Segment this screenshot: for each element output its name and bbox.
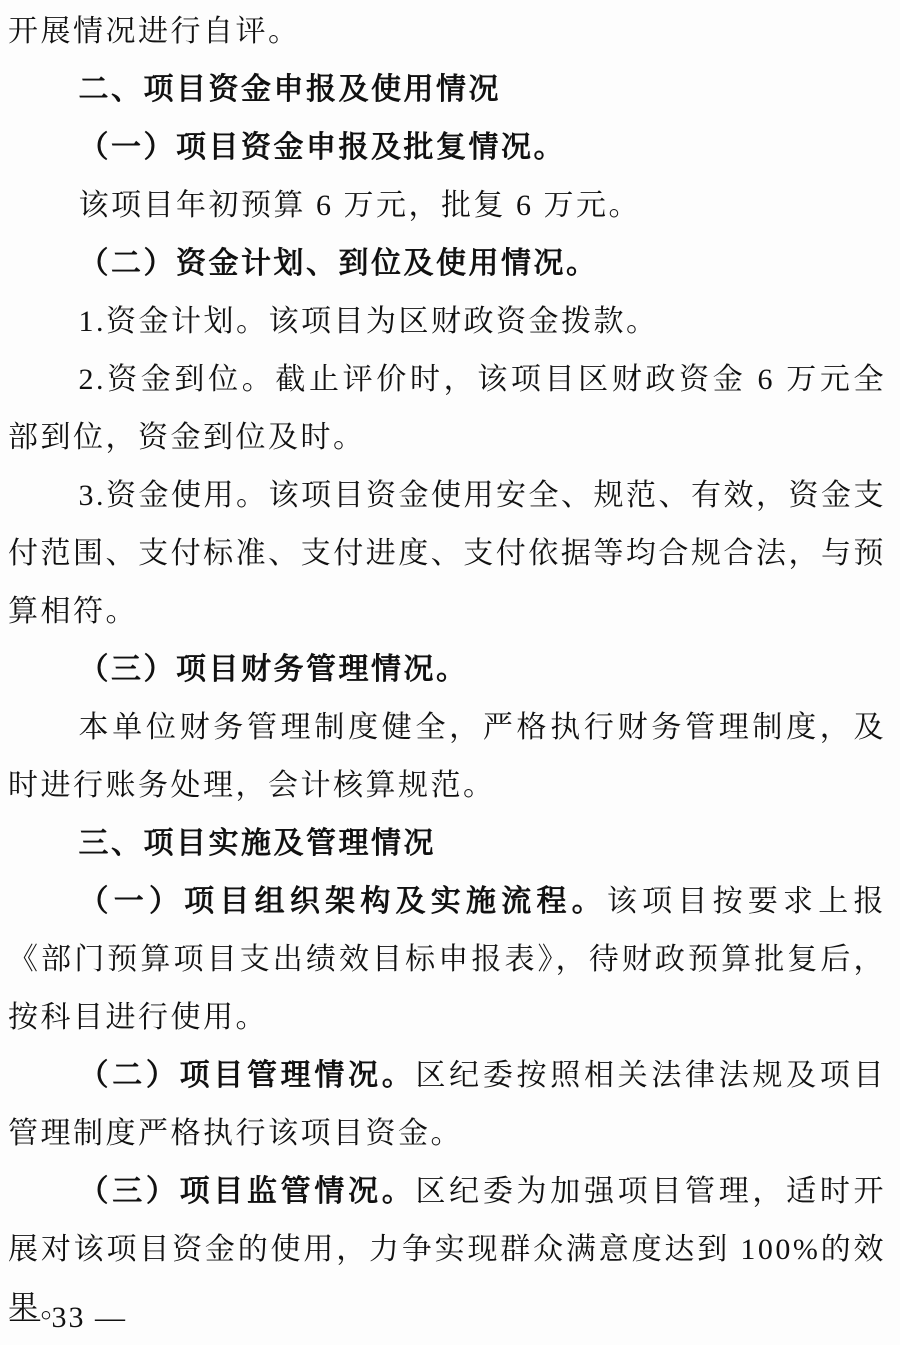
paragraph-financial-management: 本单位财务管理制度健全，严格执行财务管理制度，及时进行账务处理，会计核算规范。 <box>8 699 886 815</box>
paragraph-fund-usage: 3.资金使用。该项目资金使用安全、规范、有效，资金支付范围、支付标准、支付进度、… <box>8 467 886 641</box>
inline-subheading-project-supervision: （三）项目监管情况。 <box>79 1175 416 1208</box>
paragraph-fund-arrival: 2.资金到位。截止评价时，该项目区财政资金 6 万元全部到位，资金到位及时。 <box>8 351 886 467</box>
paragraph-continuation: 开展情况进行自评。 <box>8 3 886 61</box>
document-page: 开展情况进行自评。 二、项目资金申报及使用情况 （一）项目资金申报及批复情况。 … <box>0 0 900 1337</box>
paragraph-org-structure: （一）项目组织架构及实施流程。该项目按要求上报《部门预算项目支出绩效目标申报表》… <box>8 873 886 1047</box>
paragraph-fund-plan: 1.资金计划。该项目为区财政资金拨款。 <box>8 293 886 351</box>
paragraph-project-supervision: （三）项目监管情况。区纪委为加强项目管理，适时开展对该项目资金的使用，力争实现群… <box>8 1163 886 1337</box>
inline-subheading-org-structure: （一）项目组织架构及实施流程。 <box>79 885 607 918</box>
paragraph-project-management: （二）项目管理情况。区纪委按照相关法律法规及项目管理制度严格执行该项目资金。 <box>8 1047 886 1163</box>
page-number: — 33 — <box>10 1301 127 1334</box>
subsection-heading-fund-plan: （二）资金计划、到位及使用情况。 <box>8 235 886 293</box>
page-footer: — 33 — <box>10 1301 127 1335</box>
section-heading-implementation: 三、项目实施及管理情况 <box>8 815 886 873</box>
inline-subheading-project-management: （二）项目管理情况。 <box>79 1059 416 1092</box>
subsection-heading-declaration: （一）项目资金申报及批复情况。 <box>8 119 886 177</box>
subsection-heading-financial-management: （三）项目财务管理情况。 <box>8 641 886 699</box>
section-heading-funds: 二、项目资金申报及使用情况 <box>8 61 886 119</box>
paragraph-budget: 该项目年初预算 6 万元，批复 6 万元。 <box>8 177 886 235</box>
